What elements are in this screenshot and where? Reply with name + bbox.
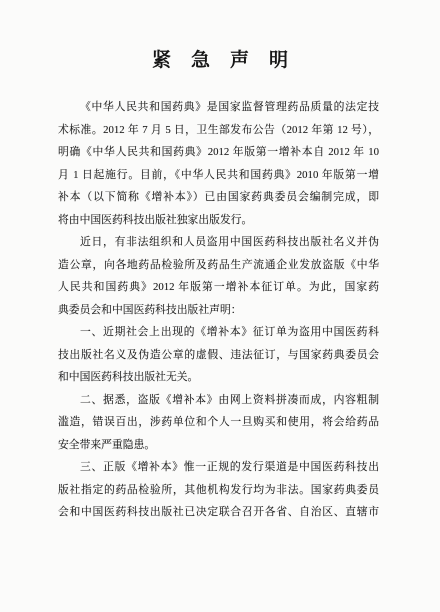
text-line: 典委员会和中国医药科技出版社声明： — [58, 299, 379, 322]
paragraph: 一、近期社会上出现的《增补本》征订单为盗用中国医药科 技出版社名义及伪造公章的虚… — [58, 321, 379, 389]
text-line: 技出版社名义及伪造公章的虚假、违法征订，与国家药典委员会 — [58, 344, 379, 367]
text-line: 会和中国医药科技出版社已决定联合召开各省、自治区、直辖市 — [58, 501, 379, 524]
text-line: 补本（以下简称《增补本》）已由国家药典委员会编制完成，即 — [58, 186, 379, 209]
text-line: 版社指定的药品检验所，其他机构发行均为非法。国家药典委员 — [58, 479, 379, 502]
text-line: 三、正版《增补本》惟一正规的发行渠道是中国医药科技出 — [58, 456, 379, 479]
document-body: 《中华人民共和国药典》是国家监督管理药品质量的法定技 术标准。2012 年 7 … — [58, 96, 379, 524]
text-line: 滥造，错误百出，涉药单位和个人一旦购买和使用，将会给药品 — [58, 411, 379, 434]
paragraph: 三、正版《增补本》惟一正规的发行渠道是中国医药科技出 版社指定的药品检验所，其他… — [58, 456, 379, 524]
text-line: 二、据悉，盗版《增补本》由网上资料拼凑而成，内容粗制 — [58, 389, 379, 412]
text-line: 人民共和国药典》2012 年版第一增补本征订单。为此，国家药 — [58, 276, 379, 299]
text-line: 和中国医药科技出版社无关。 — [58, 366, 379, 389]
text-line: 明确《中华人民共和国药典》2012 年版第一增补本自 2012 年 10 — [58, 141, 379, 164]
document-title: 紧急声明 — [0, 45, 440, 72]
paragraph: 二、据悉，盗版《增补本》由网上资料拼凑而成，内容粗制 滥造，错误百出，涉药单位和… — [58, 389, 379, 457]
text-line: 近日，有非法组织和人员盗用中国医药科技出版社名义并伪 — [58, 231, 379, 254]
paragraph: 《中华人民共和国药典》是国家监督管理药品质量的法定技 术标准。2012 年 7 … — [58, 96, 379, 231]
text-line: 安全带来严重隐患。 — [58, 434, 379, 457]
paragraph: 近日，有非法组织和人员盗用中国医药科技出版社名义并伪 造公章，向各地药品检验所及… — [58, 231, 379, 321]
scanned-document-page: 紧急声明 《中华人民共和国药典》是国家监督管理药品质量的法定技 术标准。2012… — [0, 0, 440, 612]
text-line: 一、近期社会上出现的《增补本》征订单为盗用中国医药科 — [58, 321, 379, 344]
text-line: 术标准。2012 年 7 月 5 日，卫生部发布公告（2012 年第 12 号）… — [58, 119, 379, 142]
text-line: 将由中国医药科技出版社独家出版发行。 — [58, 209, 379, 232]
text-line: 造公章，向各地药品检验所及药品生产流通企业发放盗版《中华 — [58, 254, 379, 277]
text-line: 《中华人民共和国药典》是国家监督管理药品质量的法定技 — [58, 96, 379, 119]
text-line: 月 1 日起施行。目前，《中华人民共和国药典》2010 年版第一增 — [58, 164, 379, 187]
